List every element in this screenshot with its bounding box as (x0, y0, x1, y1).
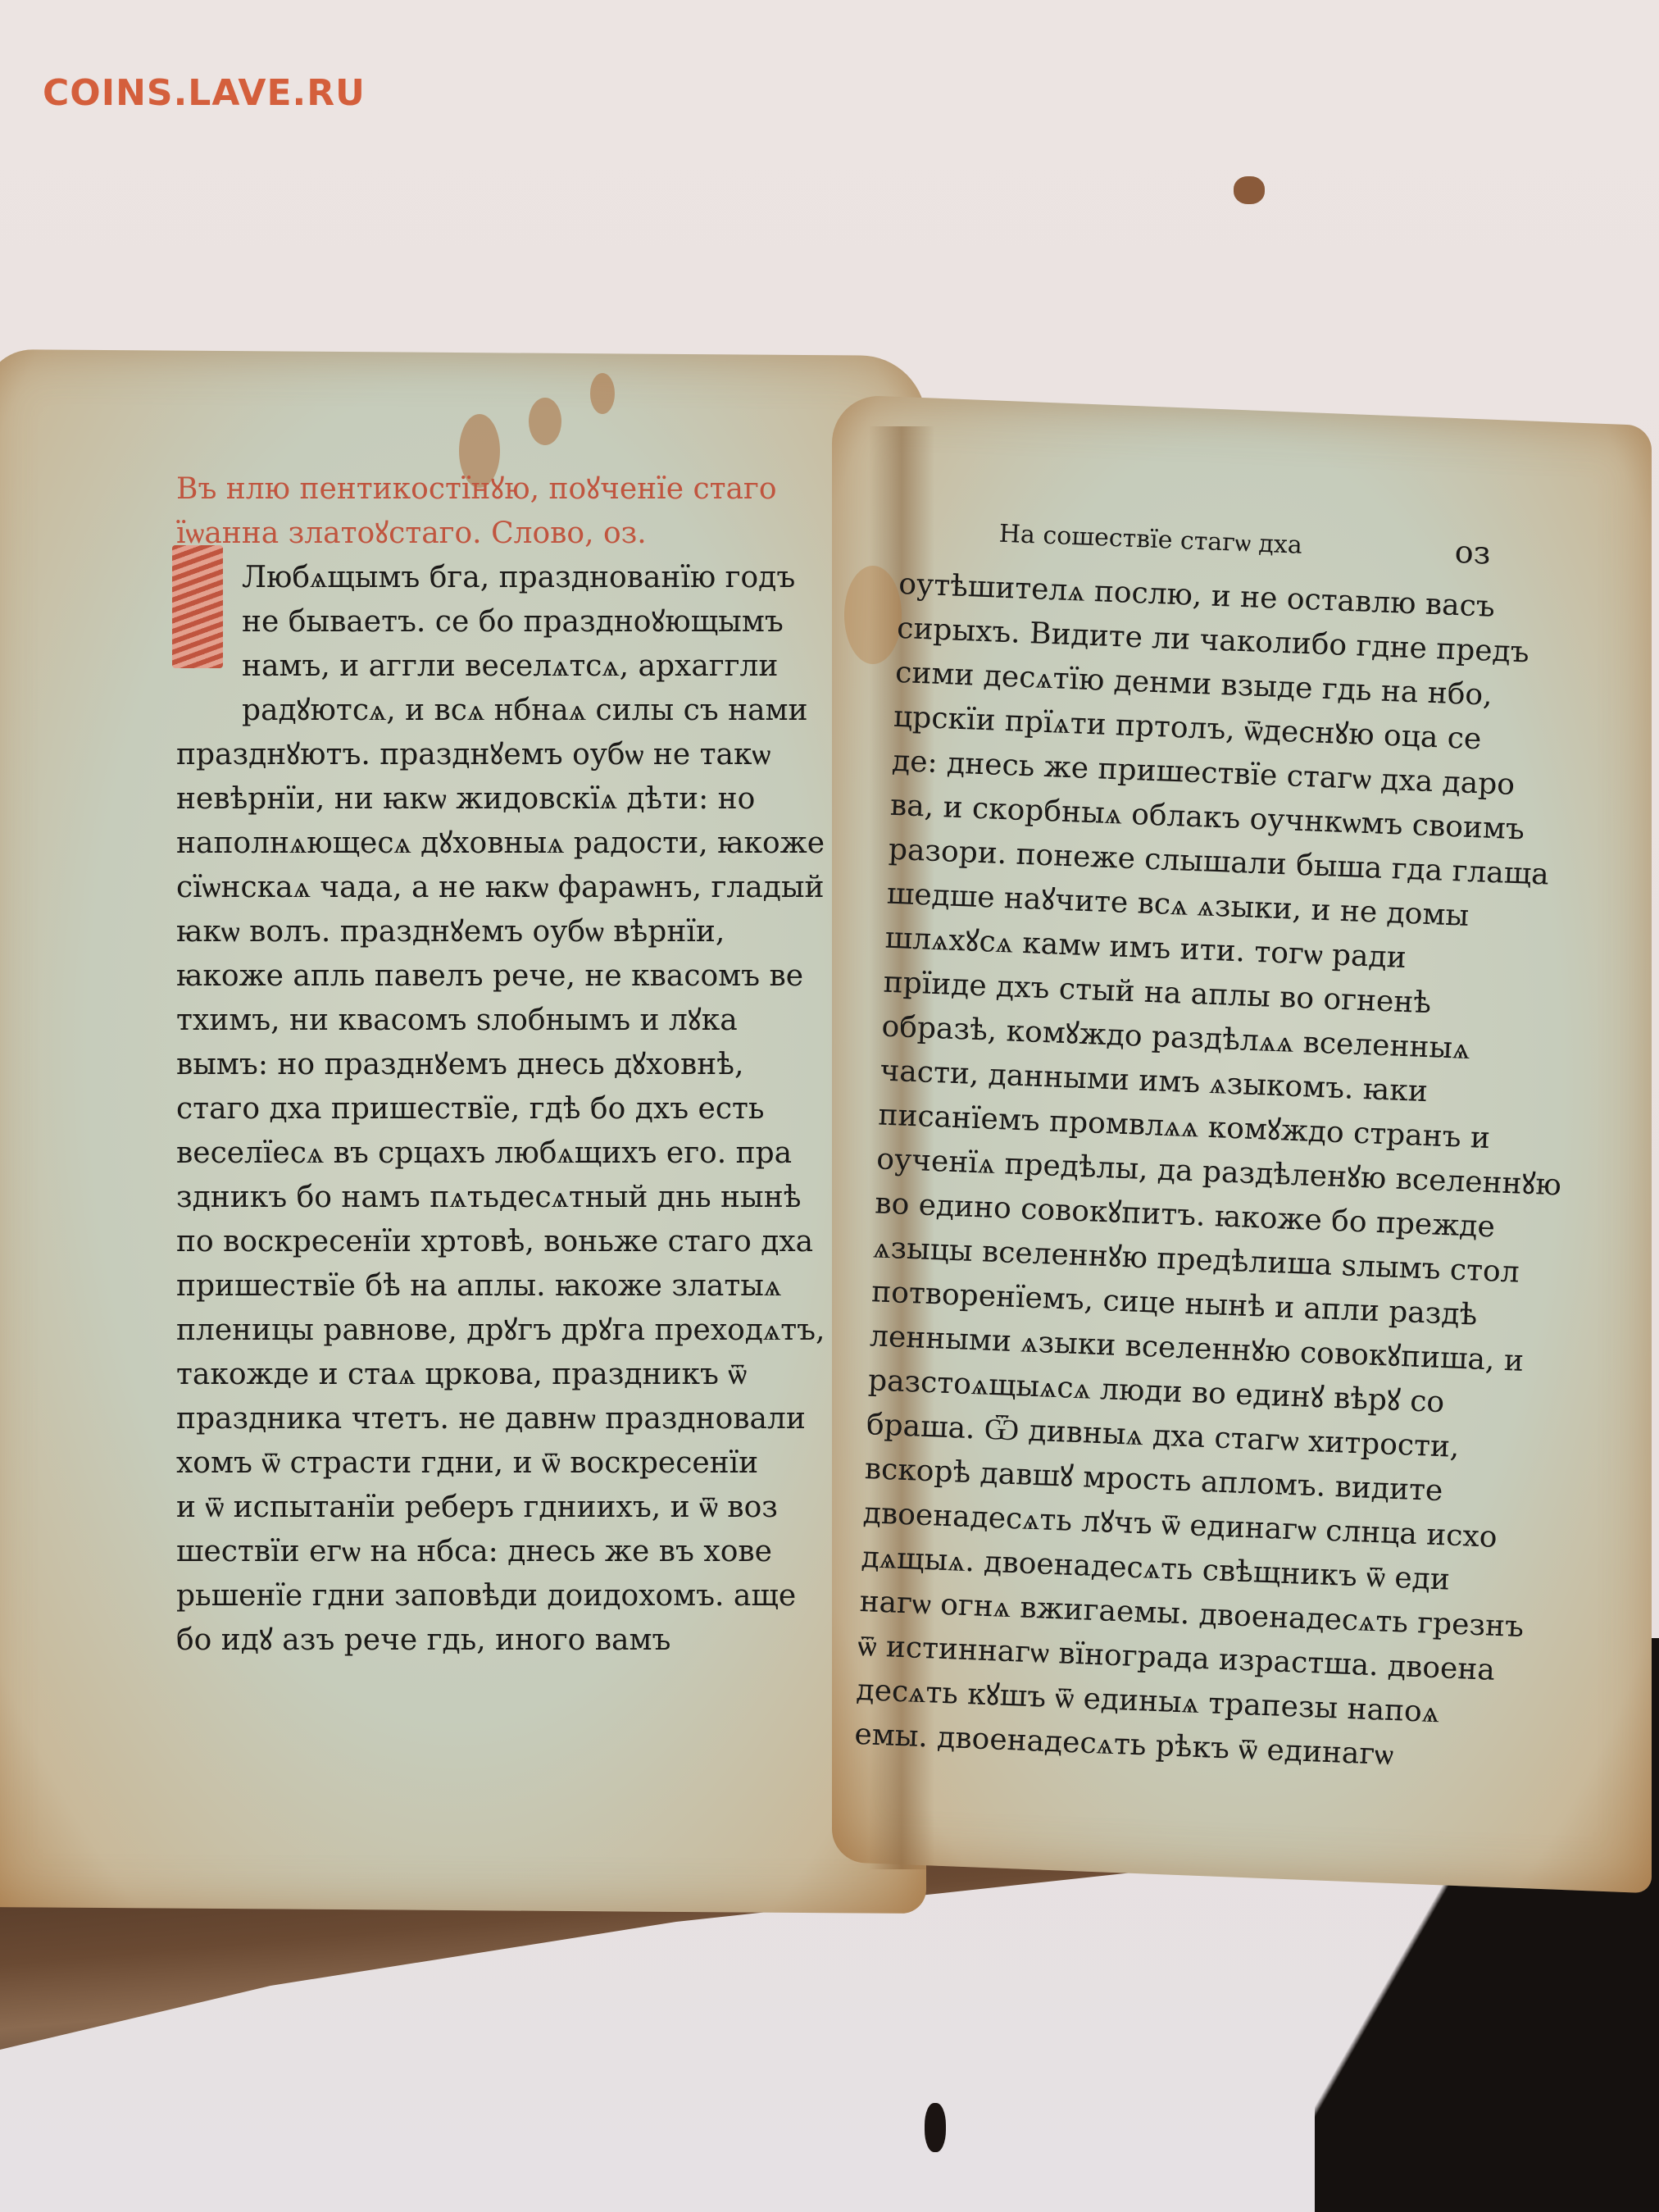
body-line: хомъ ѿ страсти гдни, и ѿ воскресенїи (176, 1441, 816, 1486)
body-line: здникъ бо намъ пѧтьдесѧтный днь нынѣ (176, 1176, 816, 1220)
body-line: Любѧщымъ бга, празднованїю годъ (176, 556, 816, 600)
body-line: ꙗкѡ волъ. празднꙋемъ оубѡ вѣрнїи, (176, 910, 816, 954)
body-line: праздника чтетъ. не давнѡ праздновали (176, 1397, 816, 1441)
body-line: вымъ: но празднꙋемъ днесь дꙋховнѣ, (176, 1043, 816, 1087)
site-watermark: COINS.LAVE.RU (43, 72, 366, 114)
body-line: веселїесѧ въ срцахъ любѧщихъ его. пра (176, 1131, 816, 1176)
body-line: сїѡнскаѧ чада, а не ꙗкѡ фараѡнъ, гладый (176, 866, 816, 910)
body-line: радꙋютсѧ, и всѧ нбнаѧ силы съ нами (176, 689, 816, 733)
body-line: шествїи егѡ на нбса: днесь же въ хове (176, 1530, 816, 1574)
right-page-text: На сошествїе стагѡ дха оз оутѣшителѧ пос… (853, 508, 1491, 1780)
body-line: пришествїе бѣ на аплы. ꙗкоже златыѧ (176, 1264, 816, 1309)
body-line: бо идꙋ азъ рече гдь, иного вамъ (176, 1618, 816, 1663)
heading-line: їѡанна златоꙋстаго. Слово, оз. (176, 512, 816, 556)
body-line: такожде и стаѧ цркова, праздникъ ѿ (176, 1353, 816, 1397)
stain (590, 373, 615, 414)
stain (844, 566, 902, 664)
body-line: стаго дха пришествїе, гдѣ бо дхъ есть (176, 1087, 816, 1131)
body-line: невѣрнїи, ни ꙗкѡ жидовскїѧ дѣти: но (176, 777, 816, 822)
body-line: наполнѧющесѧ дꙋховныѧ радости, ꙗкоже (176, 822, 816, 866)
body-line: тхимъ, ни квасомъ ѕлобнымъ и лꙋка (176, 999, 816, 1043)
body-line: рьшенїе гдни заповѣди доидохомъ. аще (176, 1574, 816, 1618)
paper-speck (1234, 176, 1265, 204)
paper-speck (925, 2103, 946, 2152)
body-line: празднꙋютъ. празднꙋемъ оубѡ не такѡ (176, 733, 816, 777)
stain (529, 398, 561, 445)
body-line: ꙗкоже апль павелъ рече, не квасомъ ве (176, 954, 816, 999)
body-line: не бываетъ. се бо праздноꙋющымъ (176, 600, 816, 644)
body-line: и ѿ испытанїи реберъ гдниихъ, и ѿ воз (176, 1486, 816, 1530)
heading-line: Въ нлю пентикостїнꙋю, поꙋченїе стаго (176, 467, 816, 512)
body-line: намъ, и аггли веселѧтсѧ, архаггли (176, 644, 816, 689)
body-line: по воскресенїи хртовѣ, воньже стаго дха (176, 1220, 816, 1264)
left-page-text: Въ нлю пентикостїнꙋю, поꙋченїе стаго їѡа… (176, 467, 816, 1663)
body-line: пленицы равнове, дрꙋгъ дрꙋга преходѧтъ, (176, 1309, 816, 1353)
folio-number: оз (1454, 530, 1492, 576)
